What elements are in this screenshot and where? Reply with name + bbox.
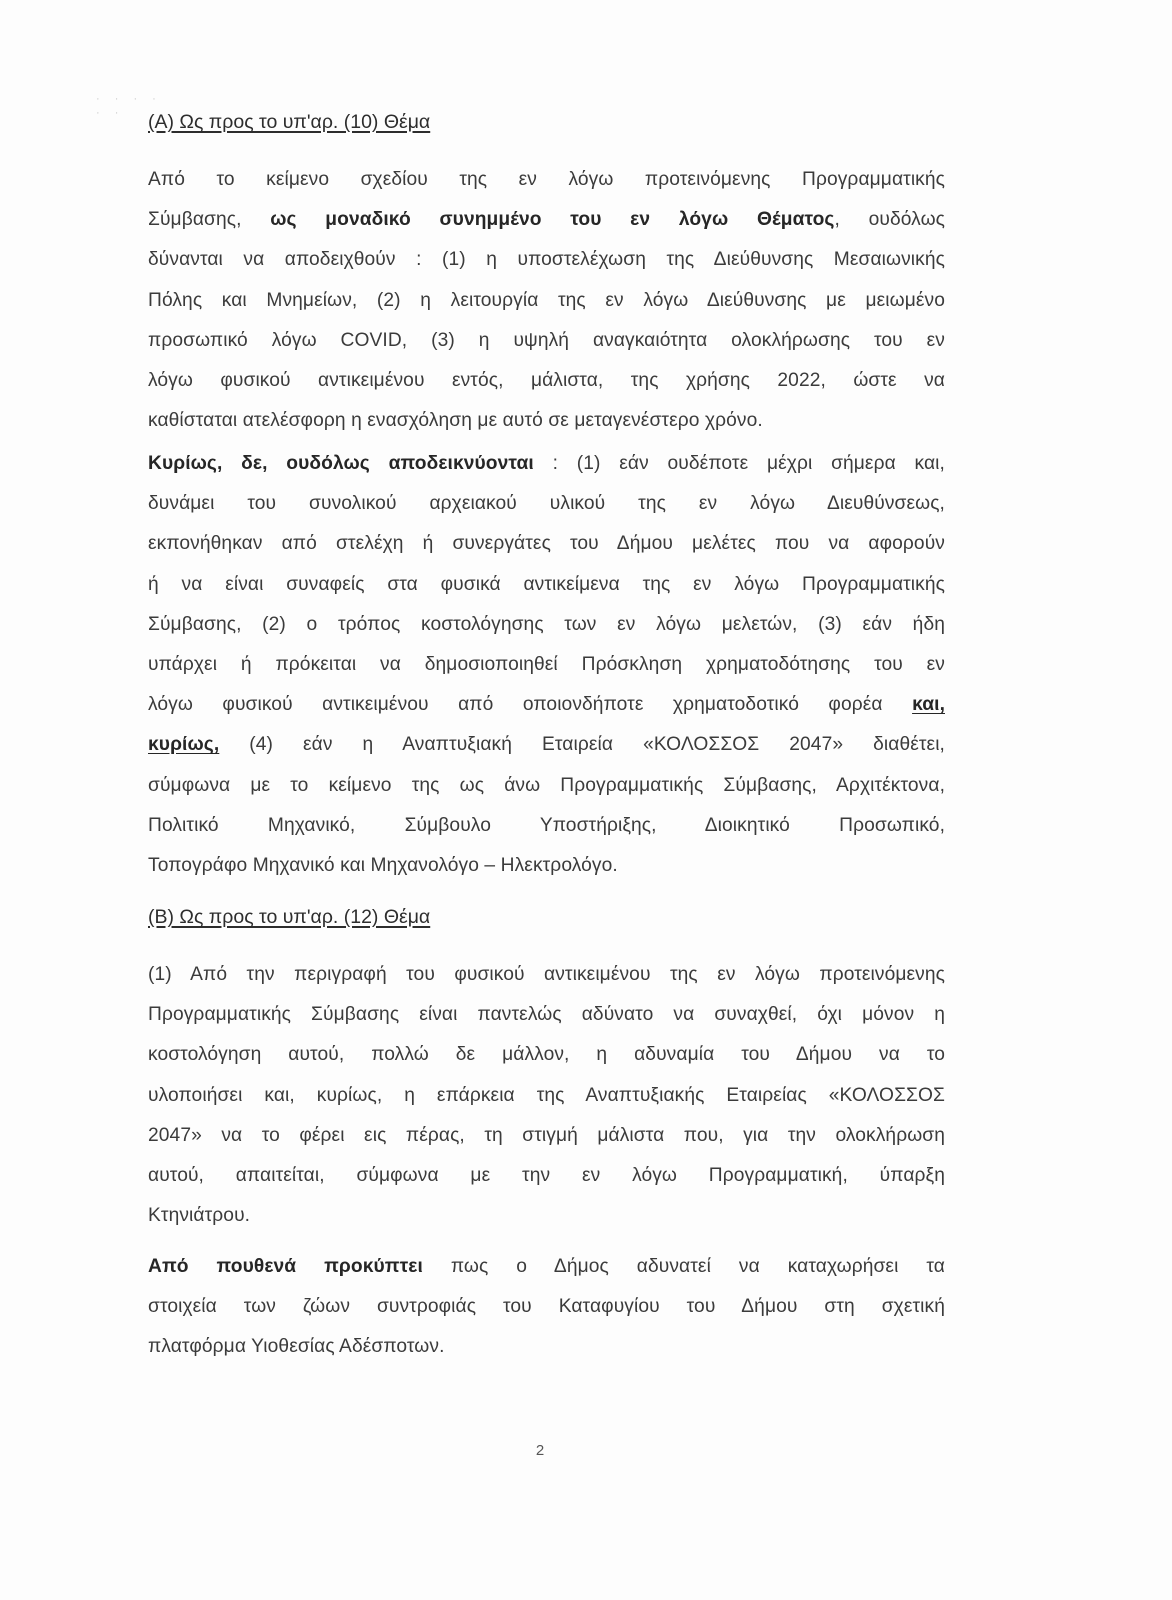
text-line: Τοπογράφο Μηχανικό και Μηχανολόγο – Ηλεκ… — [148, 846, 945, 886]
section-a-paragraph-2: Κυρίως, δε, ουδόλως αποδεικνύονται : (1)… — [148, 444, 945, 886]
text-line: καθίσταται ατελέσφορη η ενασχόληση με αυ… — [148, 401, 945, 441]
text-line: Σύμβασης, (2) ο τρόπος κοστολόγησης των … — [148, 605, 945, 645]
text-line: Προγραμματικής Σύμβασης είναι παντελώς α… — [148, 995, 945, 1035]
text-line: Σύμβασης, ως μοναδικό συνημμένο του εν λ… — [148, 200, 945, 240]
section-b-heading: (Β) Ως προς το υπ'αρ. (12) Θέμα — [148, 906, 430, 929]
text-line: λόγω φυσικού αντικειμένου εντός, μάλιστα… — [148, 361, 945, 401]
text-line: Πολιτικό Μηχανικό, Σύμβουλο Υποστήριξης,… — [148, 806, 945, 846]
text-line: σύμφωνα με το κείμενο της ως άνω Προγραμ… — [148, 766, 945, 806]
text-line: προσωπικό λόγω COVID, (3) η υψηλή αναγκα… — [148, 321, 945, 361]
text-line: υλοποιήσει και, κυρίως, η επάρκεια της Α… — [148, 1076, 945, 1116]
text-line: υπάρχει ή πρόκειται να δημοσιοποιηθεί Πρ… — [148, 645, 945, 685]
text-line: Κυρίως, δε, ουδόλως αποδεικνύονται : (1)… — [148, 444, 945, 484]
text-line: ή να είναι συναφείς στα φυσικά αντικείμε… — [148, 565, 945, 605]
text-line: Πόλης και Μνημείων, (2) η λειτουργία της… — [148, 281, 945, 321]
text-line: αυτού, απαιτείται, σύμφωνα με την εν λόγ… — [148, 1156, 945, 1196]
text-line: Από το κείμενο σχεδίου της εν λόγω προτε… — [148, 160, 945, 200]
text-line: στοιχεία των ζώων συντροφιάς του Καταφυγ… — [148, 1287, 945, 1327]
page-number: 2 — [0, 1442, 1080, 1459]
text-line: λόγω φυσικού αντικειμένου από οποιονδήπο… — [148, 685, 945, 725]
text-line: εκπονήθηκαν από στελέχη ή συνεργάτες του… — [148, 524, 945, 564]
text-line: (1) Από την περιγραφή του φυσικού αντικε… — [148, 955, 945, 995]
section-b-paragraph-2: Από πουθενά προκύπτει πως ο Δήμος αδυνατ… — [148, 1247, 945, 1368]
text-line: δύνανται να αποδειχθούν : (1) η υποστελέ… — [148, 240, 945, 280]
section-b-paragraph-1: (1) Από την περιγραφή του φυσικού αντικε… — [148, 955, 945, 1236]
document-page: · · · ·· · (Α) Ως προς το υπ'αρ. (10) Θέ… — [0, 0, 1172, 1600]
text-line: πλατφόρμα Υιοθεσίας Αδέσποτων. — [148, 1327, 945, 1367]
text-line: Από πουθενά προκύπτει πως ο Δήμος αδυνατ… — [148, 1247, 945, 1287]
section-a-heading: (Α) Ως προς το υπ'αρ. (10) Θέμα — [148, 111, 430, 134]
text-line: κυρίως, (4) εάν η Αναπτυξιακή Εταιρεία «… — [148, 725, 945, 765]
section-a-paragraph-1: Από το κείμενο σχεδίου της εν λόγω προτε… — [148, 160, 945, 441]
text-line: Κτηνιάτρου. — [148, 1196, 945, 1236]
text-line: δυνάμει του συνολικού αρχειακού υλικού τ… — [148, 484, 945, 524]
text-line: κοστολόγηση αυτού, πολλώ δε μάλλον, η αδ… — [148, 1035, 945, 1075]
text-line: 2047» να το φέρει εις πέρας, τη στιγμή μ… — [148, 1116, 945, 1156]
